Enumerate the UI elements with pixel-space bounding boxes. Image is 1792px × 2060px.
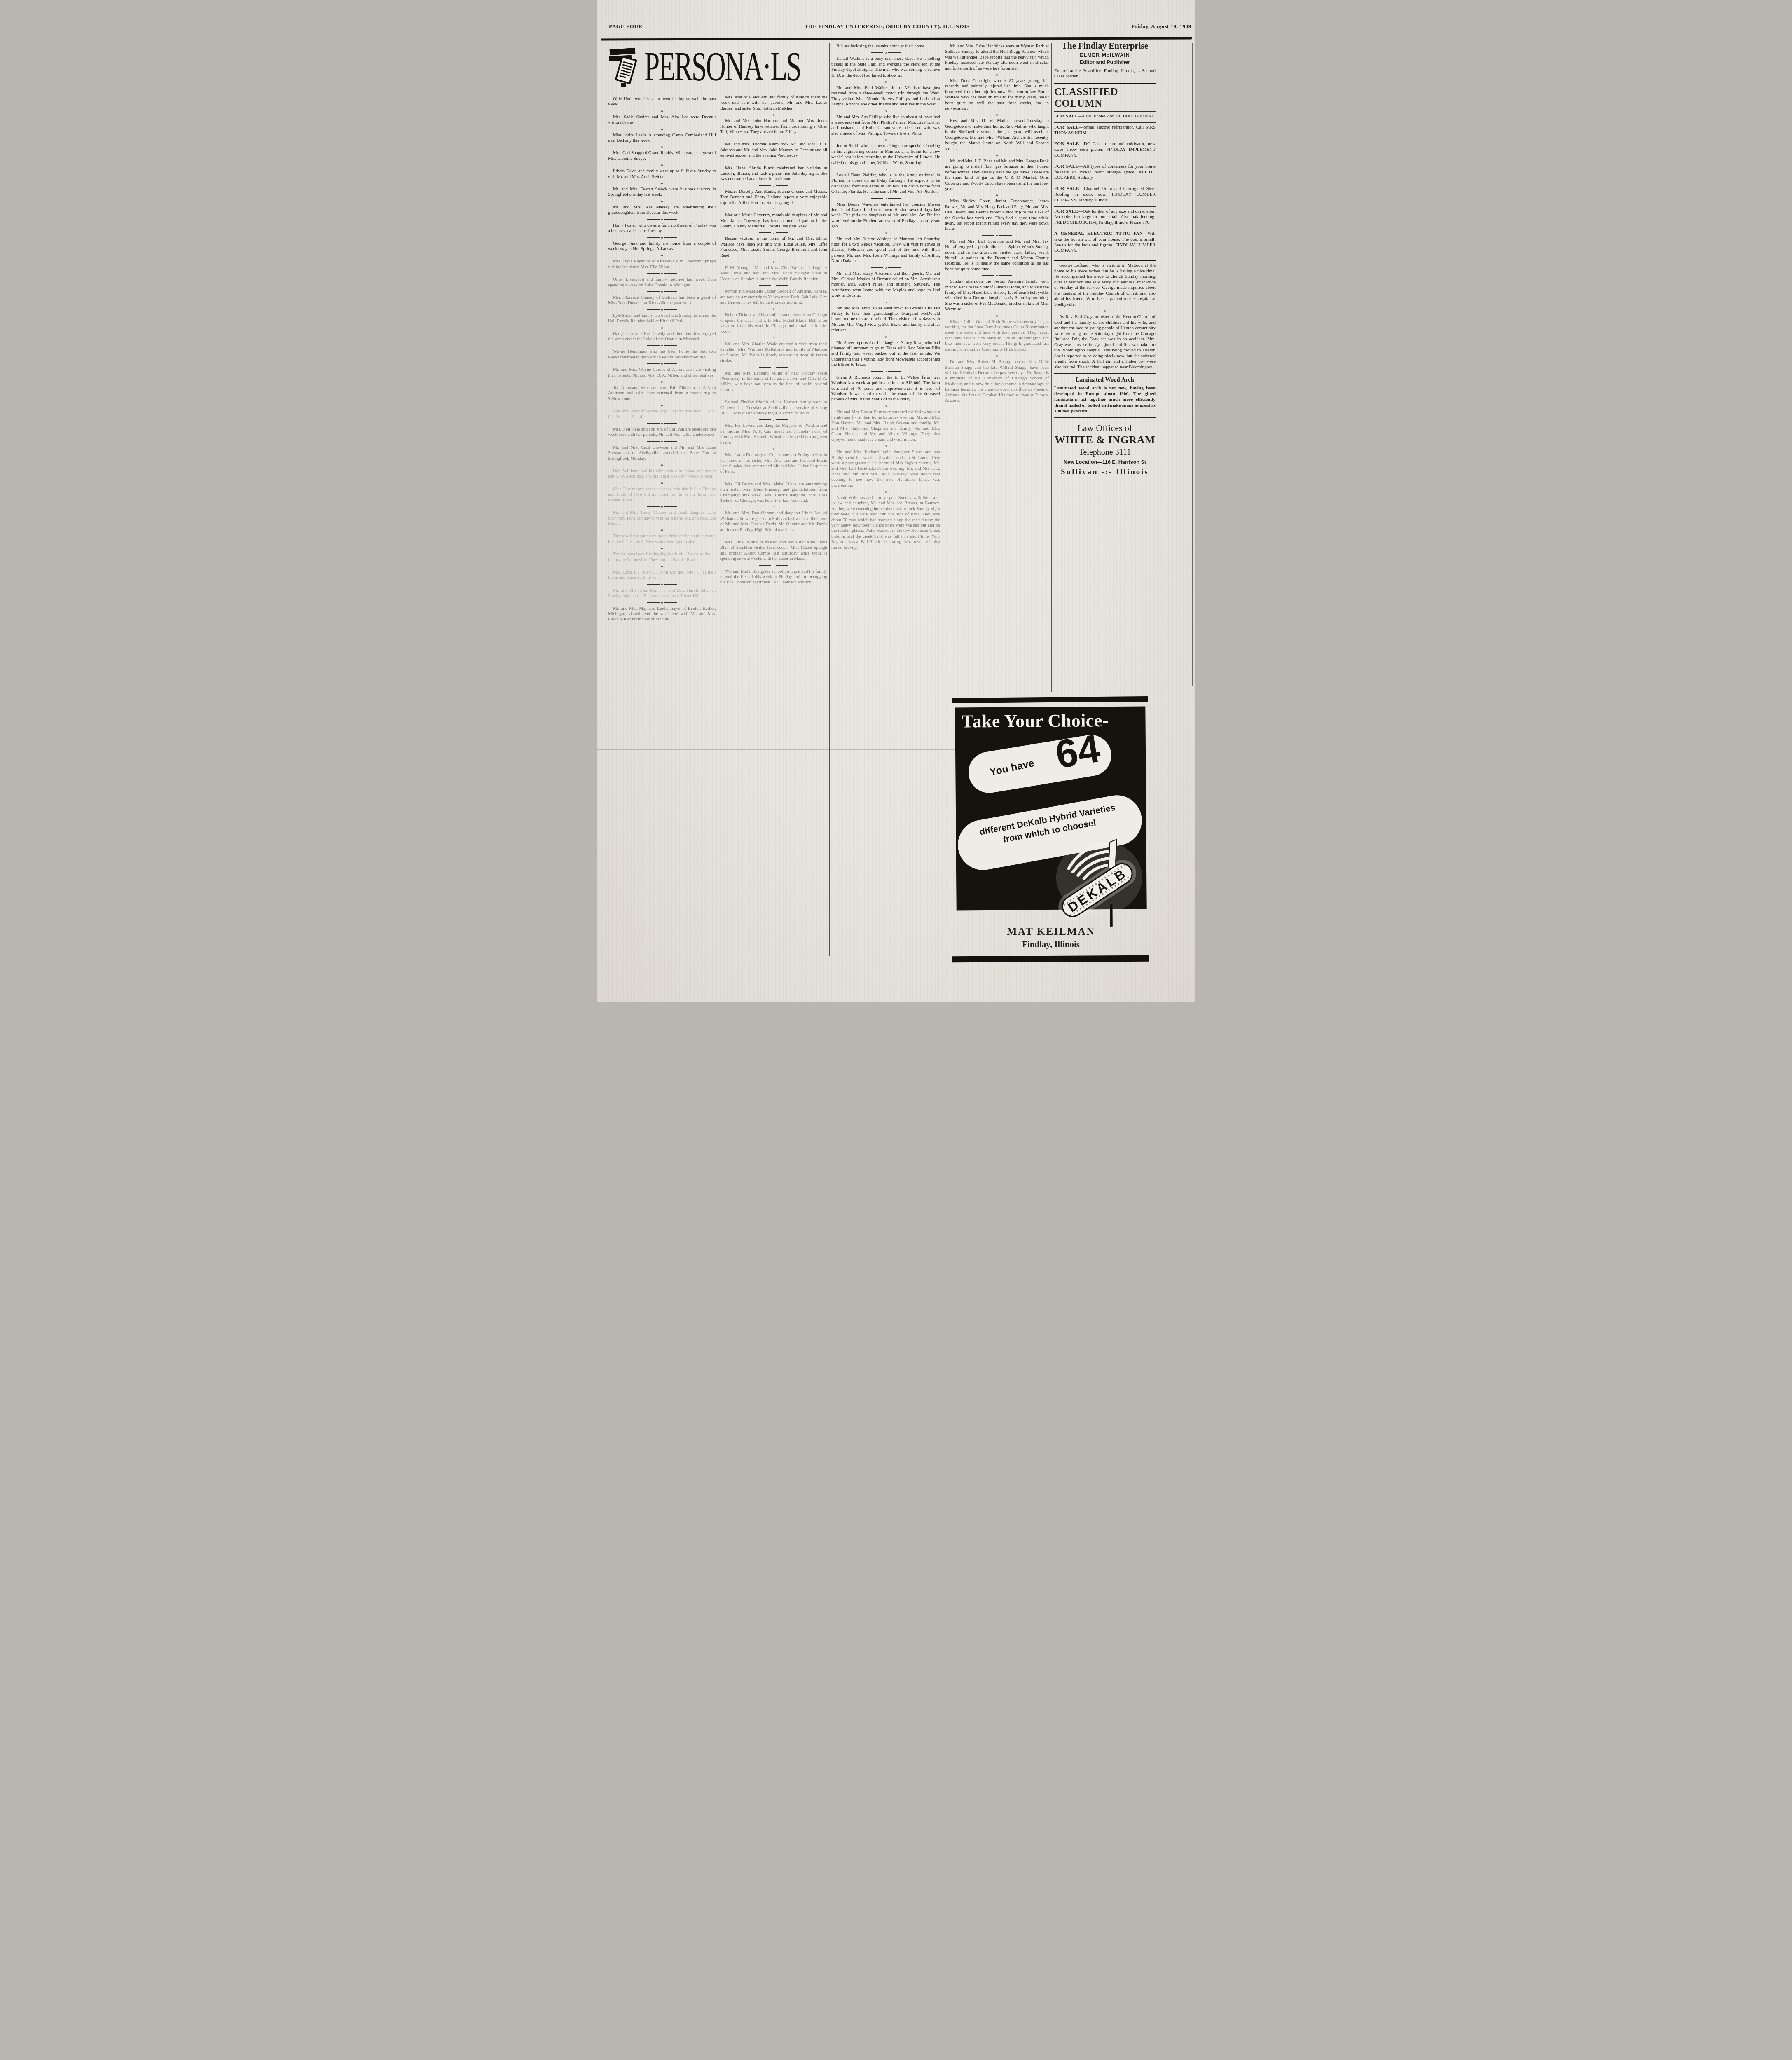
personal-item: Mr. and Mrs. Fred Walker, Jr., of Windso… (831, 85, 940, 108)
ad-ribbon-1: You have 64 (965, 732, 1114, 796)
section-rule (1054, 417, 1156, 418)
item-divider: o (831, 444, 940, 449)
paper-title: The Findlay Enterprise (1054, 40, 1156, 51)
item-divider: o (608, 181, 716, 186)
ad-you-have: You have (989, 758, 1035, 778)
item-divider: o (608, 217, 716, 222)
personal-item: Edwin Davis and family were up to Sulliv… (608, 169, 716, 180)
personals-title: PERSONA·LS (644, 46, 800, 87)
personal-item: Miss Jorita Leeds is attending Camp Cumb… (608, 133, 716, 144)
classified-ad-lead: FOR SALE (1054, 114, 1078, 119)
classified-ad: FOR SALE—All types of containers for you… (1054, 162, 1156, 184)
item-divider: o (608, 361, 716, 366)
classified-ad-lead: FOR SALE (1054, 125, 1079, 130)
column-rule-4 (1051, 43, 1052, 692)
personal-item: Mrs. Fae Lovins and daughter Marjorie of… (720, 423, 827, 445)
personal-item: Harry Foster, who owns a farm northeast … (608, 223, 716, 234)
item-divider: o (831, 138, 940, 143)
section-rule (1054, 260, 1156, 261)
paper-editor-role: Editor and Publisher (1054, 59, 1156, 66)
personal-item: Mrs. Ethel White of Macon and her sister… (720, 540, 827, 562)
personals-column-1: Ollie Underwood has not been feeling so … (608, 96, 716, 956)
personals-column-3: Bill are inclosing the upstairs porch at… (831, 44, 940, 865)
item-divider: o (831, 300, 940, 304)
personal-item: Mr. and Mrs. Wayne Combs of Aurora are h… (608, 367, 716, 378)
personal-item: Robert Ticknor and his mother came down … (720, 312, 827, 335)
ad-top-border (952, 696, 1148, 703)
law-office-name: WHITE & INGRAM (1054, 433, 1156, 447)
laminated-wood-arch-section: Laminated Wood Arch Laminated wood arch … (1054, 377, 1156, 414)
item-divider: o (608, 145, 716, 150)
personal-item: Mr. and Mrs. John Harmon and Mr. and Mrs… (720, 118, 827, 135)
laminated-title: Laminated Wood Arch (1054, 377, 1156, 384)
personal-item: Mrs. Dora Courtright who is 87 years you… (945, 78, 1049, 111)
personal-item: The small sons of Wayne Wag… report that… (608, 409, 716, 420)
classified-ad: FOR SALE—DC Case tractor and cultivator;… (1054, 139, 1156, 161)
item-divider: o (831, 50, 940, 55)
personal-item: Mr. Street reports that his daughter Nan… (831, 340, 940, 368)
personal-item: Marjorie Marie Coventry, month old daugh… (720, 213, 827, 229)
ad-headline: Take Your Choice- (962, 711, 1142, 730)
item-divider: o (608, 289, 716, 294)
news-item: As Rev. Earl Gray, minister of the Hento… (1054, 314, 1156, 370)
item-divider: o (608, 163, 716, 168)
personals-column-2: Mrs. Marjorie McKean and family of Aubur… (720, 95, 827, 955)
item-divider: o (608, 253, 716, 258)
personal-item: Kenzil Watkins is a busy man these days.… (831, 56, 940, 78)
classified-ad: FOR SALE—Lard. Phone 2 on 74. JAKE BIEDE… (1054, 111, 1156, 122)
item-divider: o (945, 313, 1049, 318)
item-divider: o (720, 259, 827, 264)
law-office-line: Law Offices of (1054, 423, 1156, 433)
item-divider: o (608, 325, 716, 330)
item-divider: o (831, 265, 940, 270)
section-rule (1054, 83, 1156, 84)
personal-item: Mr. and Mrs. Babe Hendricks were at Wyma… (945, 44, 1049, 71)
law-office-ad: Law Offices of WHITE & INGRAM Telephone … (1054, 419, 1156, 484)
item-divider: o (945, 273, 1049, 278)
personal-item: Mr. and Mrs. Glen Ma… … and Mrs. Harold … (608, 588, 716, 599)
personal-item: Mr. and Mrs. Maynard Lindenmayer of Bent… (608, 606, 716, 623)
personal-item: Mrs. Effie F… spent … with Mr. and Mrs. … (608, 570, 716, 581)
personal-item: Mr. and Mrs. Earl Compton and Mr. and Mr… (945, 239, 1049, 272)
item-divider: o (831, 230, 940, 235)
classified-title: CLASSIFIED COLUMN (1054, 87, 1156, 109)
personal-item: Mrs. Carl Snapp of Grand Rapids, Michiga… (608, 150, 716, 162)
item-divider: o (831, 80, 940, 84)
personal-item: Misses Dorothy Ann Banks, Joanne Greene … (720, 189, 827, 206)
item-divider: o (608, 582, 716, 587)
item-divider: o (945, 233, 1049, 238)
law-office-city: Sullivan -:- Illinois (1054, 466, 1156, 478)
item-divider: o (608, 379, 716, 384)
classified-ad-lead: FOR SALE (1054, 209, 1078, 214)
item-divider: o (608, 504, 716, 509)
personal-item: Trucks have been hauling big loads of …b… (608, 552, 716, 563)
personal-item: Lyle Street and family were in Pana Sund… (608, 313, 716, 324)
personal-item: Mr. and Mrs. Richard Ingle, daughter Sus… (831, 449, 940, 488)
item-divider: o (945, 73, 1049, 77)
paper-editor: ELMER McILWAIN (1054, 51, 1156, 59)
newspaper-page: PAGE FOUR THE FINDLAY ENTERPRISE, (SHELB… (597, 0, 1195, 1002)
issue-date: Friday, August 19, 1949 (1132, 23, 1191, 30)
classified-ad: A GENERAL ELECTRIC ATTIC FAN—Will take t… (1054, 229, 1156, 257)
dekalb-winged-corn-logo: DEKALB (1047, 826, 1149, 929)
personal-item: Mr. and Mrs. Fred Bixler went down to Gr… (831, 306, 940, 333)
column-rule-1 (718, 93, 718, 956)
item-divider: o (720, 159, 827, 164)
personal-item: Rev. and Mrs. D. M. Mathis moved Tuesday… (945, 118, 1049, 151)
item-divider: o (608, 564, 716, 569)
personal-item: Mr. and Mrs. Cecil Clawson and Mr. and M… (608, 445, 716, 461)
paper-info-box: The Findlay Enterprise ELMER McILWAIN Ed… (1054, 40, 1156, 80)
personal-item: Mr. and Mrs. Don Ohmart and daughter Lin… (720, 510, 827, 533)
item-divider: o (608, 463, 716, 468)
personal-item: Mrs. Sadie Shaffer and Mrs. Alta Lee wer… (608, 115, 716, 126)
right-column: The Findlay Enterprise ELMER McILWAIN Ed… (1054, 40, 1156, 486)
newspaper-name: THE FINDLAY ENTERPRISE, (SHELBY COUNTY),… (643, 23, 1132, 30)
personal-item: Glenn J. Richards bought the H. L. Walke… (831, 375, 940, 403)
classified-ad-lead: FOR SALE (1054, 186, 1079, 191)
personal-item: Mrs. Ed Bruce and Mrs. Mabel Black are e… (720, 482, 827, 504)
personal-item: Mr. and Mrs. J. E. Rhea and Mr. and Mrs.… (945, 159, 1049, 192)
personal-item: Mr. and Mrs. Harry Arterburn and their g… (831, 271, 940, 299)
classified-ad-lead: A GENERAL ELECTRIC ATTIC FAN (1054, 231, 1143, 236)
item-divider: o (608, 199, 716, 204)
ad-dealer-city: Findlay, Illinois (952, 940, 1149, 949)
personal-item: Harry Park and Bus Dawdy and their famil… (608, 331, 716, 342)
personal-item: Lowell Dean Pfeiffer, who is in the Army… (831, 173, 940, 195)
item-divider: o (831, 196, 940, 201)
personal-item: Mrs. Nell Neal and son Jim of Sullivan a… (608, 427, 716, 438)
item-divider: o (608, 421, 716, 426)
personal-item: Mrs. Florence Chaney of Sullivan has bee… (608, 295, 716, 306)
item-divider: o (831, 369, 940, 374)
item-divider: o (608, 546, 716, 551)
personal-item: Omer Livergood and family returned last … (608, 277, 716, 288)
personal-item: Bill are inclosing the upstairs porch at… (831, 44, 940, 49)
personal-item: Noble Williams and family spent Sunday w… (831, 495, 940, 550)
page-number: PAGE FOUR (609, 23, 643, 30)
item-divider: o (831, 334, 940, 339)
classified-ad: FOR SALE—Small electric refrigerator. Ca… (1054, 122, 1156, 139)
item-divider: o (608, 343, 716, 348)
item-divider: o (720, 183, 827, 188)
item-divider: o (831, 403, 940, 408)
personal-item: Several Findlay friends of the Harbert f… (720, 400, 827, 416)
personal-item: Recent visitors in the home of Mr. and M… (720, 236, 827, 258)
item-divider: o (608, 271, 716, 276)
personal-item: Glen Farr reports that the heavy rain th… (608, 487, 716, 503)
ad-dealer-name: MAT KEILMAN (952, 926, 1149, 937)
classified-ad: FOR SALE—Oak lumber of any size and dime… (1054, 206, 1156, 229)
item-divider: o (720, 394, 827, 399)
personal-item: Miss Shirley Green, Junior Danenbarger, … (945, 199, 1049, 232)
item-divider: o (720, 534, 827, 538)
dekalb-ad: Take Your Choice- You have 64 different … (952, 697, 1149, 964)
personal-item: William Butler, the grade school princip… (720, 569, 827, 585)
classified-ad-lead: FOR SALE (1054, 141, 1079, 146)
item-divider: o (945, 193, 1049, 198)
newspaper-hand-icon (609, 44, 643, 87)
personal-item: Mr. and Mrs. Leonard Miller of near Find… (720, 371, 827, 393)
item-divider: o (945, 152, 1049, 157)
item-divider: o (608, 403, 716, 408)
classified-list: FOR SALE—Lard. Phone 2 on 74. JAKE BIEDE… (1054, 111, 1156, 257)
personal-item: Myron and MaeBelle Cutler Goodell of Abi… (720, 289, 827, 305)
ad-number-64: 64 (1053, 729, 1103, 775)
item-divider: o (720, 307, 827, 311)
item-divider: o (1054, 309, 1156, 314)
personal-item: Mr. and Mrs. Charles Wade enjoyed a visi… (720, 342, 827, 364)
item-divider: o (720, 365, 827, 370)
personal-item: The new floor put down in the drive of t… (608, 534, 716, 545)
personal-item: Mrs. Hazel Shride Black celebrated her b… (720, 166, 827, 182)
personal-item: George Funk and family are home from a c… (608, 241, 716, 252)
item-divider: o (608, 439, 716, 444)
personal-item: Mrs. Laura Dunaway of Crete came last Fr… (720, 452, 827, 475)
law-office-phone: Telephone 3111 (1054, 447, 1156, 458)
item-divider: o (720, 475, 827, 480)
item-divider: o (608, 480, 716, 485)
personal-item: Mr. and Mrs. Toney Massey and small daug… (608, 510, 716, 527)
laminated-body: Laminated wood arch is not new, having b… (1054, 385, 1156, 414)
item-divider: o (720, 207, 827, 212)
item-divider: o (831, 489, 940, 494)
personal-item: Wayne Henninges who has been home the pa… (608, 349, 716, 360)
personal-item: Mr. and Mrs. Asa Phillips who live south… (831, 115, 940, 137)
personal-item: F. M. Younger, Mr. and Mrs. Clint Webb a… (720, 265, 827, 282)
item-divider: o (720, 112, 827, 117)
item-divider: o (720, 230, 827, 235)
personal-item: Sunday afternoon the Festus Waymire fami… (945, 279, 1049, 312)
item-divider: o (720, 447, 827, 452)
personal-item: Misses Joline Orr and Ruth Stone who rec… (945, 319, 1049, 352)
personal-item: Mr. and Mrs. Thomas Keim took Mr. and Mr… (720, 142, 827, 158)
personal-item: Ollie Underwood has not been feeling so … (608, 96, 716, 108)
news-item: George Lofland, who is visiting in Matto… (1054, 263, 1156, 307)
item-divider: o (608, 108, 716, 113)
item-divider: o (720, 336, 827, 341)
ad-black-box: Take Your Choice- You have 64 different … (955, 706, 1146, 910)
item-divider: o (720, 283, 827, 288)
personal-item: Mrs. Lydia Reynolds of Kirksville is in … (608, 259, 716, 270)
paper-entered-note: Entered at the Postoffice, Findlay, Illi… (1054, 68, 1156, 80)
item-divider: o (945, 112, 1049, 117)
section-rule (1054, 373, 1156, 374)
item-divider: o (608, 600, 716, 605)
law-office-location: New Location—116 E. Harrison St (1054, 458, 1156, 466)
item-divider: o (608, 307, 716, 312)
item-divider: o (608, 235, 716, 240)
right-news-items: George Lofland, who is visiting in Matto… (1054, 263, 1156, 370)
section-rule (1054, 485, 1156, 485)
column-rule-2 (829, 43, 830, 956)
personal-item: Mr. and Mrs. Everett Selock were busines… (608, 187, 716, 198)
personal-item: Mr. and Mrs. Victor Winings of Mattoon l… (831, 236, 940, 264)
item-divider: o (608, 528, 716, 533)
personals-column-4: Mr. and Mrs. Babe Hendricks were at Wyma… (945, 44, 1049, 687)
personal-item: Mr. and Mrs. Ras Massey are entertaining… (608, 205, 716, 216)
item-divider: o (608, 126, 716, 131)
item-divider: o (720, 563, 827, 568)
personal-item: Dale Williams and his wife took a truckl… (608, 468, 716, 480)
column-rule-3 (943, 43, 943, 916)
item-divider: o (945, 353, 1049, 358)
personal-item: Dr. and Mrs. Robert H. Snapp, son of Mrs… (945, 359, 1049, 403)
ad-bottom-border (952, 955, 1149, 963)
personals-masthead: PERSONA·LS (606, 43, 829, 89)
personal-item: Mrs. Marjorie McKean and family of Aubur… (720, 95, 827, 111)
personal-item: Mr. and Mrs. Forest Herron entertained t… (831, 410, 940, 442)
personal-item: Tot Atkinson, wife and son, Bill Atkinso… (608, 385, 716, 402)
item-divider: o (720, 417, 827, 422)
page-header: PAGE FOUR THE FINDLAY ENTERPRISE, (SHELB… (609, 23, 1191, 30)
item-divider: o (831, 166, 940, 171)
item-divider: o (720, 505, 827, 510)
personal-item: Miss Donna Waymire entertained her cousi… (831, 202, 940, 229)
classified-ad: FOR SALE—Channel Drain and Corrugated St… (1054, 184, 1156, 206)
personal-item: Junior Smith who has been taking some sp… (831, 143, 940, 166)
page-edge-rule (1192, 43, 1193, 686)
classified-ad-lead: FOR SALE (1054, 164, 1078, 169)
item-divider: o (720, 136, 827, 141)
item-divider: o (831, 108, 940, 113)
